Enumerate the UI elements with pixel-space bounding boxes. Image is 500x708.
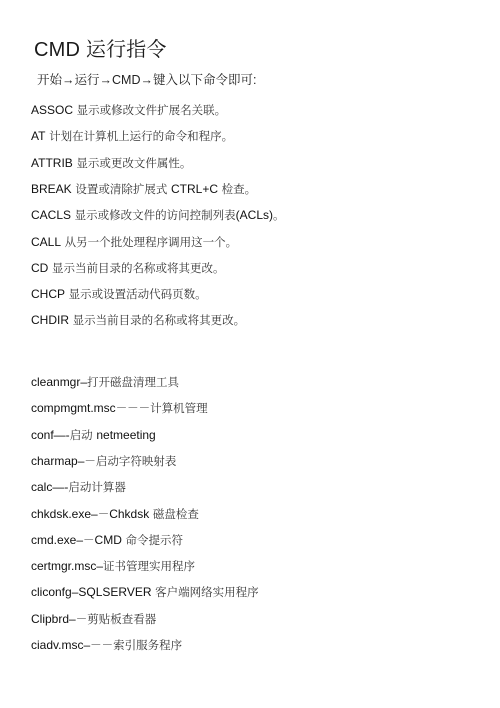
list-item: calc—-启动计算器 [31,479,126,495]
command-name: certmgr.msc– [31,559,103,573]
command-description: － [83,533,95,547]
command-description: 证书管理实用程序 [103,559,195,573]
list-item: CD 显示当前目录的名称或将其更改。 [31,260,225,276]
command-name: AT [31,129,45,143]
command-description: 命令提示符 [122,533,183,547]
list-item: CHCP 显示或设置活动代码页数。 [31,286,207,302]
command-name: calc—- [31,480,68,494]
list-item: chkdsk.exe–－Chkdsk 磁盘检查 [31,506,199,522]
command-name: conf—- [31,428,70,442]
list-item: cliconfg–SQLSERVER 客户端网络实用程序 [31,584,259,600]
command-name: CD [31,261,48,275]
list-item: cmd.exe–－CMD 命令提示符 [31,532,183,548]
command-description: －剪贴板查看器 [76,612,157,626]
command-description: 计划在计算机上运行的命令和程序。 [45,129,233,143]
command-name: netmeeting [96,428,155,442]
command-description: 启动 [70,428,97,442]
command-name: (ACLs) [236,208,273,222]
command-description: －启动字符映射表 [84,454,176,468]
list-item: cleanmgr–打开磁盘清理工具 [31,374,179,390]
command-description: 显示或设置活动代码页数。 [65,287,207,301]
command-name: compmgmt.msc [31,401,116,415]
command-description: 检查。 [218,182,256,196]
command-description: －－－计算机管理 [116,401,208,415]
command-name: charmap– [31,454,84,468]
command-description: 。 [273,208,285,222]
command-description: 显示当前目录的名称或将其更改。 [48,261,224,275]
command-name: ATTRIB [31,156,73,170]
command-name: BREAK [31,182,72,196]
list-item: conf—-启动 netmeeting [31,427,156,443]
list-item: ciadv.msc–－－索引服务程序 [31,637,182,653]
list-item: charmap–－启动字符映射表 [31,453,176,469]
list-item: CHDIR 显示当前目录的名称或将其更改。 [31,312,245,328]
command-description: 显示或修改文件扩展名关联。 [73,103,226,117]
list-item: CACLS 显示或修改文件的访问控制列表(ACLs)。 [31,207,285,223]
command-description: － [98,507,110,521]
command-description: 显示或修改文件的访问控制列表 [71,208,236,222]
command-name: Clipbrd– [31,612,76,626]
command-name: cmd.exe– [31,533,83,547]
command-name: cliconfg–SQLSERVER [31,585,152,599]
list-item: BREAK 设置或清除扩展式 CTRL+C 检查。 [31,181,256,197]
command-description: 从另一个批处理程序调用这一个。 [61,235,237,249]
command-description: 磁盘检查 [149,507,199,521]
page-title: CMD 运行指令 [34,33,167,62]
command-description: －－索引服务程序 [90,638,182,652]
list-item: certmgr.msc–证书管理实用程序 [31,558,195,574]
command-name: CALL [31,235,61,249]
command-name: ciadv.msc– [31,638,90,652]
command-name: chkdsk.exe– [31,507,98,521]
command-name: Chkdsk [109,507,149,521]
command-description: 客户端网络实用程序 [152,585,259,599]
page-subtitle: 开始→运行→CMD→键入以下命令即可: [37,70,256,88]
command-name: CTRL+C [171,182,218,196]
list-item: AT 计划在计算机上运行的命令和程序。 [31,128,233,144]
list-item: ATTRIB 显示或更改文件属性。 [31,155,191,171]
command-name: CMD [95,533,122,547]
command-name: CACLS [31,208,71,222]
command-description: 打开磁盘清理工具 [87,375,179,389]
command-name: CHDIR [31,313,69,327]
command-name: ASSOC [31,103,73,117]
command-name: cleanmgr– [31,375,87,389]
command-description: 设置或清除扩展式 [72,182,171,196]
command-name: CHCP [31,287,65,301]
list-item: compmgmt.msc－－－计算机管理 [31,400,208,416]
command-description: 启动计算器 [68,480,126,494]
command-description: 显示或更改文件属性。 [73,156,192,170]
command-description: 显示当前目录的名称或将其更改。 [69,313,245,327]
list-item: Clipbrd–－剪贴板查看器 [31,611,156,627]
list-item: CALL 从另一个批处理程序调用这一个。 [31,234,237,250]
list-item: ASSOC 显示或修改文件扩展名关联。 [31,102,226,118]
